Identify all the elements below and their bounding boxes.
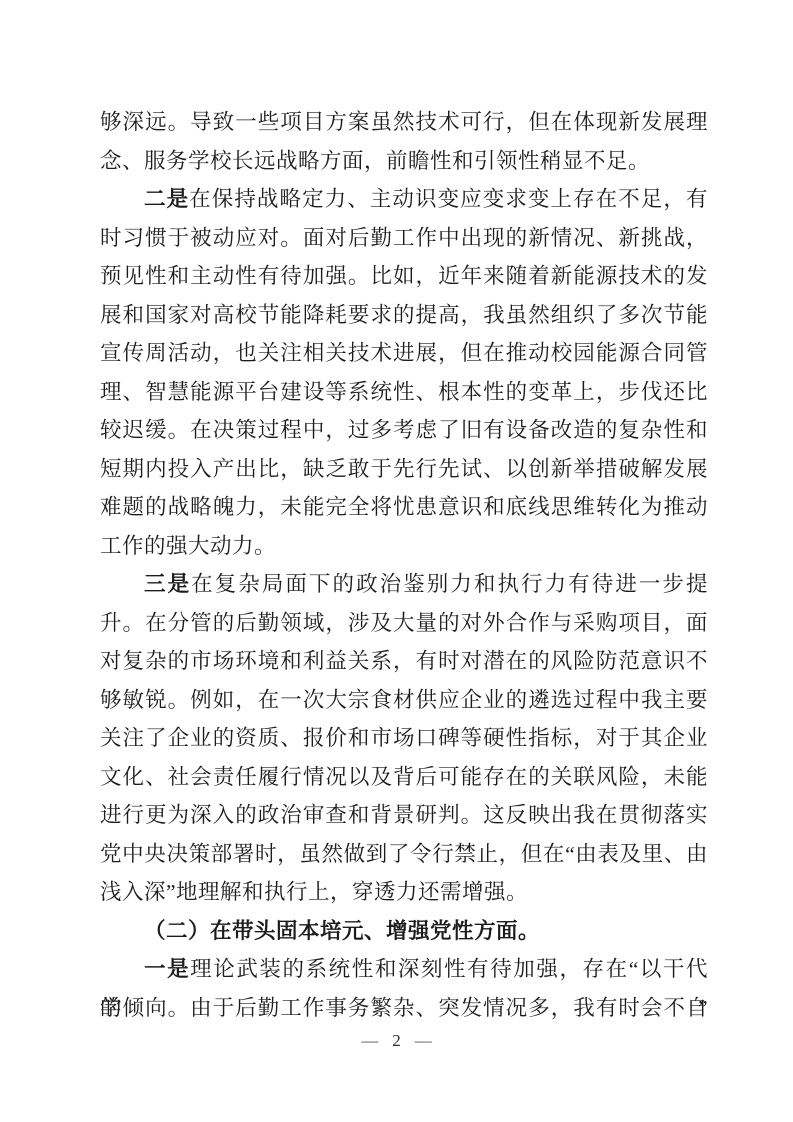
text-line: 理、智慧能源平台建设等系统性、根本性的变革上，步伐还比 xyxy=(100,373,708,412)
text-line: （二）在带头固本培元、增强党性方面。 xyxy=(100,912,708,951)
text-line: 够敏锐。例如，在一次大宗食材供应企业的遴选过程中我主要 xyxy=(100,681,708,720)
line-bold-lead: 三是 xyxy=(144,572,191,596)
text-line: 对复杂的市场环境和利益关系，有时对潜在的风险防范意识不 xyxy=(100,642,708,681)
line-text: 预见性和主动性有待加强。比如，近年来随着新能源技术的发 xyxy=(100,264,708,288)
text-line: 预见性和主动性有待加强。比如，近年来随着新能源技术的发 xyxy=(100,257,708,296)
text-line: 时习惯于被动应对。面对后勤工作中出现的新情况、新挑战， xyxy=(100,219,708,258)
line-text: 进行更为深入的政治审查和背景研判。这反映出我在贯彻落实 xyxy=(100,803,708,827)
text-line: 进行更为深入的政治审查和背景研判。这反映出我在贯彻落实 xyxy=(100,796,708,835)
line-text: 文化、社会责任履行情况以及背后可能存在的关联风险，未能 xyxy=(100,765,708,789)
line-text: 对复杂的市场环境和利益关系，有时对潜在的风险防范意识不 xyxy=(100,649,708,673)
text-line: 一是理论武装的系统性和深刻性有待加强，存在“以干代学” xyxy=(100,950,708,989)
line-text: 升。在分管的后勤领域，涉及大量的对外合作与采购项目，面 xyxy=(100,611,708,635)
page-number: 2 xyxy=(392,1031,401,1051)
line-text: 时习惯于被动应对。面对后勤工作中出现的新情况、新挑战， xyxy=(100,226,708,250)
text-line: 升。在分管的后勤领域，涉及大量的对外合作与采购项目，面 xyxy=(100,604,708,643)
line-text: 的倾向。由于后勤工作事务繁杂、突发情况多，我有时会不自 xyxy=(100,996,708,1020)
text-line: 的倾向。由于后勤工作事务繁杂、突发情况多，我有时会不自 xyxy=(100,989,708,1028)
line-text: 关注了企业的资质、报价和市场口碑等硬性指标，对于其企业 xyxy=(100,726,708,750)
document-page: 够深远。导致一些项目方案虽然技术可行，但在体现新发展理念、服务学校长远战略方面，… xyxy=(0,0,793,1122)
text-line: 较迟缓。在决策过程中，过多考虑了旧有设备改造的复杂性和 xyxy=(100,411,708,450)
text-line: 文化、社会责任履行情况以及背后可能存在的关联风险，未能 xyxy=(100,758,708,797)
footer-dash-left: — xyxy=(361,1031,378,1050)
text-line: 展和国家对高校节能降耗要求的提高，我虽然组织了多次节能 xyxy=(100,296,708,335)
text-line: 浅入深”地理解和执行上，穿透力还需增强。 xyxy=(100,873,708,912)
text-line: 关注了企业的资质、报价和市场口碑等硬性指标，对于其企业 xyxy=(100,719,708,758)
line-text: 在复杂局面下的政治鉴别力和执行力有待进一步提 xyxy=(191,572,708,596)
line-text: 理、智慧能源平台建设等系统性、根本性的变革上，步伐还比 xyxy=(100,380,708,404)
line-text: 难题的战略魄力，未能完全将忧患意识和底线思维转化为推动 xyxy=(100,495,708,519)
line-text: 短期内投入产出比，缺乏敢于先行先试、以创新举措破解发展 xyxy=(100,457,708,481)
text-line: 够深远。导致一些项目方案虽然技术可行，但在体现新发展理 xyxy=(100,103,708,142)
line-text: 较迟缓。在决策过程中，过多考虑了旧有设备改造的复杂性和 xyxy=(100,418,708,442)
text-line: 二是在保持战略定力、主动识变应变求变上存在不足，有 xyxy=(100,180,708,219)
line-bold-lead: （二）在带头固本培元、增强党性方面。 xyxy=(144,919,540,943)
line-text: 展和国家对高校节能降耗要求的提高，我虽然组织了多次节能 xyxy=(100,303,708,327)
line-text: 念、服务学校长远战略方面，前瞻性和引领性稍显不足。 xyxy=(100,149,650,173)
text-line: 难题的战略魄力，未能完全将忧患意识和底线思维转化为推动 xyxy=(100,488,708,527)
line-text: 工作的强大动力。 xyxy=(100,534,276,558)
text-line: 念、服务学校长远战略方面，前瞻性和引领性稍显不足。 xyxy=(100,142,708,181)
line-bold-lead: 二是 xyxy=(144,187,189,211)
line-text: 在保持战略定力、主动识变应变求变上存在不足，有 xyxy=(189,187,708,211)
line-text: 够深远。导致一些项目方案虽然技术可行，但在体现新发展理 xyxy=(100,110,708,134)
footer-dash-right: — xyxy=(415,1031,432,1050)
line-text: 够敏锐。例如，在一次大宗食材供应企业的遴选过程中我主要 xyxy=(100,688,708,712)
text-line: 宣传周活动，也关注相关技术进展，但在推动校园能源合同管 xyxy=(100,334,708,373)
text-line: 党中央决策部署时，虽然做到了令行禁止，但在“由表及里、由 xyxy=(100,835,708,874)
page-footer: —2— xyxy=(0,1031,793,1051)
text-line: 短期内投入产出比，缺乏敢于先行先试、以创新举措破解发展 xyxy=(100,450,708,489)
line-bold-lead: 一是 xyxy=(144,957,190,981)
document-body: 够深远。导致一些项目方案虽然技术可行，但在体现新发展理念、服务学校长远战略方面，… xyxy=(100,103,708,1027)
text-line: 工作的强大动力。 xyxy=(100,527,708,566)
text-line: 三是在复杂局面下的政治鉴别力和执行力有待进一步提 xyxy=(100,565,708,604)
line-text: 浅入深”地理解和执行上，穿透力还需增强。 xyxy=(100,880,528,904)
line-text: 党中央决策部署时，虽然做到了令行禁止，但在“由表及里、由 xyxy=(100,842,708,866)
line-text: 宣传周活动，也关注相关技术进展，但在推动校园能源合同管 xyxy=(100,341,708,365)
